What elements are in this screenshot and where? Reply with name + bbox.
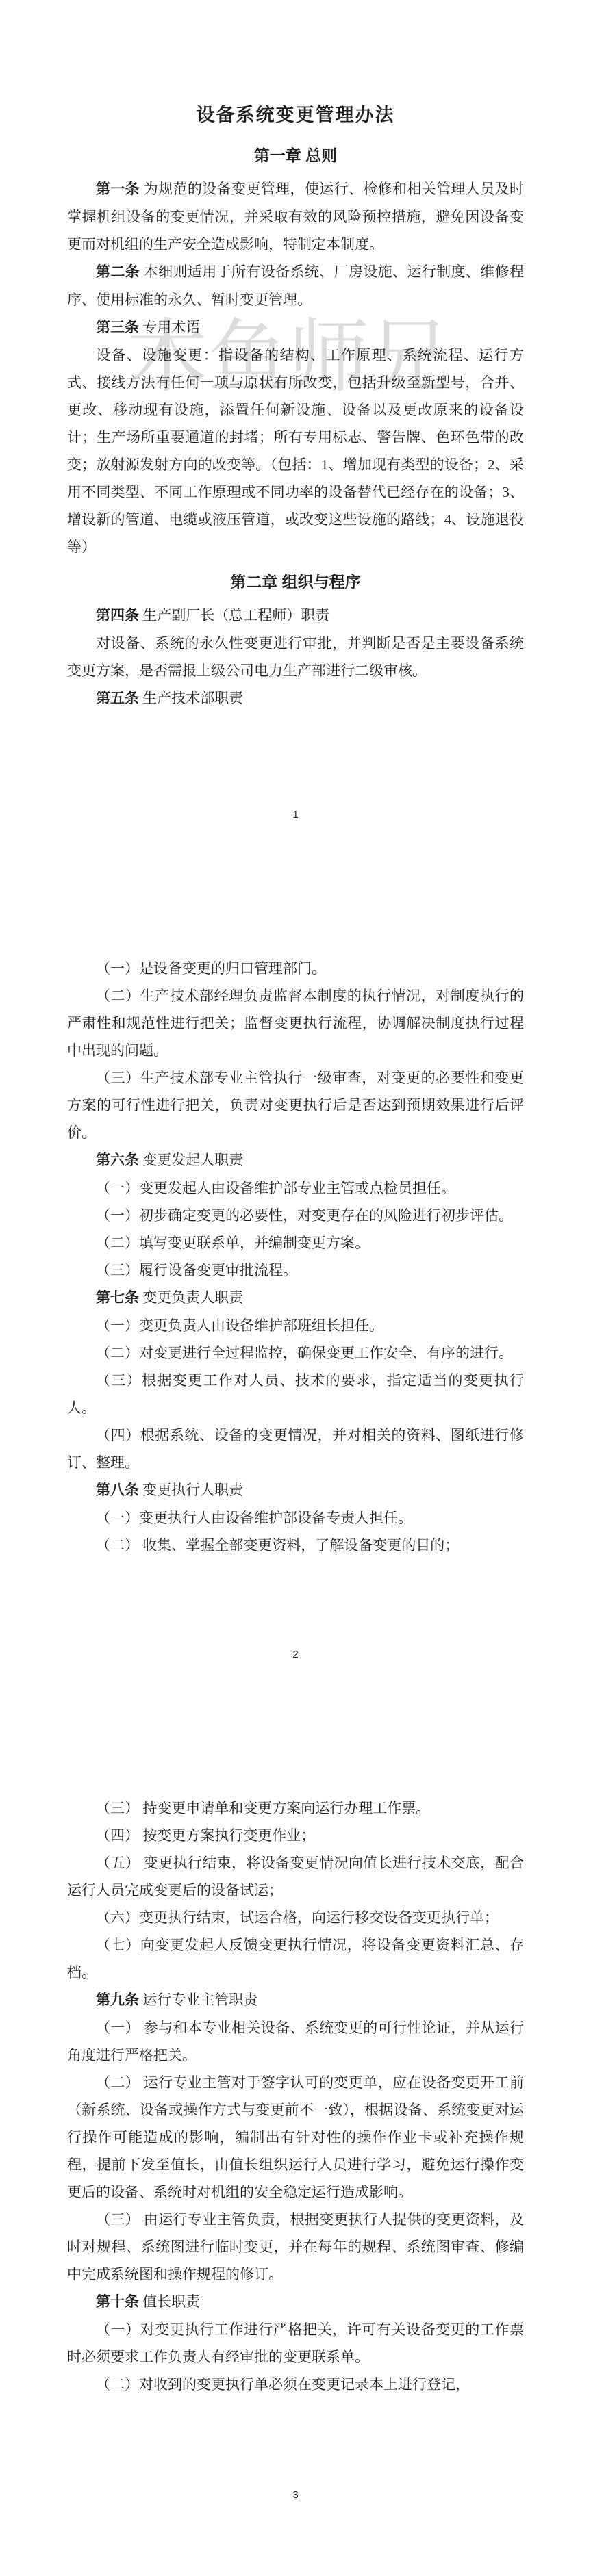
clause-label: 第七条 [96, 1290, 139, 1306]
clause-paragraph: 第七条 变更负责人职责 [67, 1284, 524, 1312]
paragraph: （一）对变更执行工作进行严格把关，许可有关设备变更的工作票时必须要求工作负责人有… [67, 2316, 524, 2371]
paragraph: （一）变更负责人由设备维护部班组长担任。 [67, 1312, 524, 1339]
page-content: 设备系统变更管理办法第一章 总则第一条 为规范的设备变更管理，使运行、检修和相关… [67, 0, 524, 712]
clause-label: 第十条 [96, 2294, 139, 2310]
page-number: 1 [0, 809, 591, 821]
paragraph: （三） 持变更申请单和变更方案向运行办理工作票。 [67, 1794, 524, 1822]
chapter-heading: 第二章 组织与程序 [67, 570, 524, 593]
paragraph: （二）填写变更联系单，并编制变更方案。 [67, 1229, 524, 1257]
paragraph: （七）向变更发起人反馈变更执行情况，将设备变更资料汇总、存档。 [67, 1931, 524, 1986]
paragraph: （六）变更执行结束，试运合格，向运行移交设备变更执行单； [67, 1904, 524, 1931]
page-number: 2 [0, 1649, 591, 1660]
clause-label: 第三条 [96, 320, 139, 335]
clause-paragraph: 第二条 本细则适用于所有设备系统、厂房设施、运行制度、维修程序、使用标准的永久、… [67, 258, 524, 313]
page: 木鱼师兄设备系统变更管理办法第一章 总则第一条 为规范的设备变更管理，使运行、检… [0, 0, 591, 840]
paragraph: （四） 按变更方案执行变更作业； [67, 1822, 524, 1849]
clause-paragraph: 第九条 运行专业主管职责 [67, 1986, 524, 2014]
paragraph: （四）根据系统、设备的变更情况，并对相关的资料、图纸进行修订、整理。 [67, 1421, 524, 1476]
paragraph: （五） 变更执行结束，将设备变更情况向值长进行技术交底，配合运行人员完成变更后的… [67, 1849, 524, 1904]
paragraph: （二） 运行专业主管对于签字认可的变更单，应在设备变更开工前（新系统、设备或操作… [67, 2069, 524, 2206]
clause-paragraph: 第一条 为规范的设备变更管理，使运行、检修和相关管理人员及时掌握机组设备的变更情… [67, 175, 524, 258]
clause-paragraph: 第三条 专用术语 [67, 313, 524, 342]
clause-paragraph: 第十条 值长职责 [67, 2288, 524, 2316]
clause-paragraph: 第四条 生产副厂长（总工程师）职责 [67, 602, 524, 630]
clause-label: 第四条 [96, 608, 139, 623]
document-title: 设备系统变更管理办法 [67, 101, 524, 129]
paragraph: （三）生产技术部专业主管执行一级审查，对变更的必要性和变更方案的可行性进行把关，… [67, 1064, 524, 1146]
document-scroll: 木鱼师兄设备系统变更管理办法第一章 总则第一条 为规范的设备变更管理，使运行、检… [0, 0, 591, 2576]
page: （一）是设备变更的归口管理部门。（二）生产技术部经理负责监督本制度的执行情况，对… [0, 840, 591, 1679]
clause-label: 第九条 [96, 1992, 139, 2008]
clause-label: 第六条 [96, 1152, 139, 1168]
paragraph: （二）对变更进行全过程监控，确保变更工作安全、有序的进行。 [67, 1339, 524, 1367]
paragraph: （二） 收集、掌握全部变更资料，了解设备变更的目的； [67, 1532, 524, 1559]
paragraph: 设备、设施变更：指设备的结构、工作原理、系统流程、运行方式、接线方法有任何一项与… [67, 342, 524, 561]
page-content: （三） 持变更申请单和变更方案向运行办理工作票。（四） 按变更方案执行变更作业；… [67, 1679, 524, 2398]
clause-label: 第八条 [96, 1482, 139, 1498]
paragraph: （一）变更发起人由设备维护部专业主管或点检员担任。 [67, 1174, 524, 1202]
clause-paragraph: 第八条 变更执行人职责 [67, 1476, 524, 1504]
clause-label: 第二条 [96, 264, 140, 280]
page-number: 3 [0, 2489, 591, 2501]
clause-paragraph: 第六条 变更发起人职责 [67, 1146, 524, 1174]
chapter-heading: 第一章 总则 [67, 144, 524, 167]
paragraph: （一）初步确定变更的必要性，对变更存在的风险进行初步评估。 [67, 1202, 524, 1229]
clause-label: 第五条 [96, 691, 139, 706]
paragraph: （一） 参与和本专业相关设备、系统变更的可行性论证，并从运行角度进行严格把关。 [67, 2014, 524, 2069]
paragraph: （一）是设备变更的归口管理部门。 [67, 955, 524, 982]
page-content: （一）是设备变更的归口管理部门。（二）生产技术部经理负责监督本制度的执行情况，对… [67, 840, 524, 1559]
paragraph: （二）对收到的变更执行单必须在变更记录本上进行登记， [67, 2371, 524, 2398]
paragraph: （三） 由运行专业主管负责，根据变更执行人提供的变更资料，及时对规程、系统图进行… [67, 2206, 524, 2288]
paragraph: （三）根据变更工作对人员、技术的要求，指定适当的变更执行人。 [67, 1367, 524, 1421]
paragraph: （三）履行设备变更审批流程。 [67, 1257, 524, 1284]
paragraph: 对设备、系统的永久性变更进行审批，并判断是否是主要设备系统变更方案，是否需报上级… [67, 630, 524, 684]
paragraph: （二）生产技术部经理负责监督本制度的执行情况，对制度执行的严肃性和规范性进行把关… [67, 982, 524, 1064]
paragraph: （一）变更执行人由设备维护部设备专责人担任。 [67, 1504, 524, 1532]
clause-label: 第一条 [96, 181, 140, 197]
page: （三） 持变更申请单和变更方案向运行办理工作票。（四） 按变更方案执行变更作业；… [0, 1679, 591, 2576]
clause-paragraph: 第五条 生产技术部职责 [67, 684, 524, 712]
